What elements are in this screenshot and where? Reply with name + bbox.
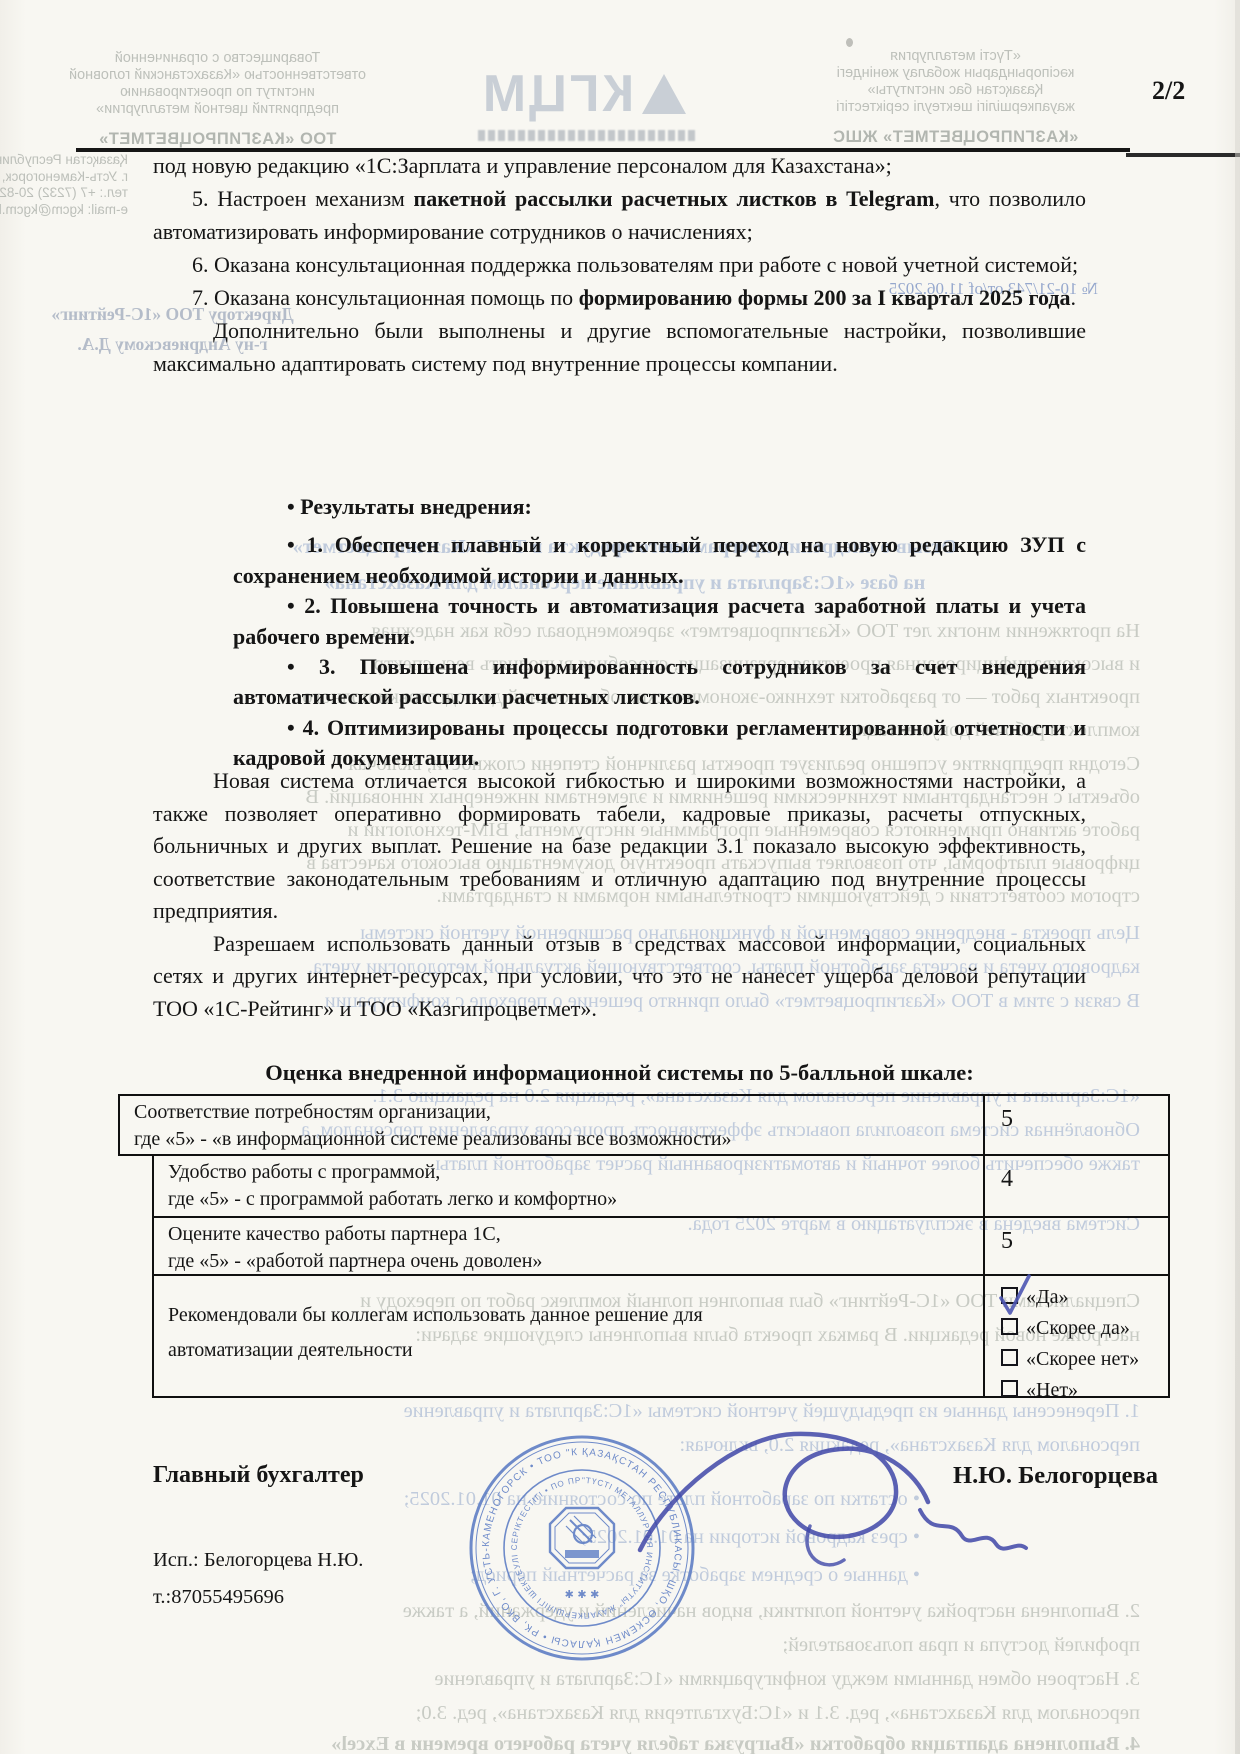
ghost-company-logo: КГЦМ xyxy=(468,64,698,124)
checkbox-option-rather-no: «Скорее нет» xyxy=(1001,1344,1168,1375)
checkbox-checked xyxy=(1001,1287,1018,1304)
score-value: 5 xyxy=(983,1218,1168,1274)
paragraph-new-system: Новая система отличается высокой гибкост… xyxy=(153,765,1086,928)
criterion-hint: где «5» - «работой партнера очень доволе… xyxy=(168,1248,975,1275)
executor-line: Исп.: Белогорцева Н.Ю. xyxy=(153,1549,363,1572)
checkbox-option-yes: «Да» xyxy=(1001,1282,1168,1313)
logo-triangle-icon xyxy=(642,74,686,114)
ghost-text-line: институт по проектированию xyxy=(60,84,375,101)
evaluation-table: Соответствие потребностям организации, г… xyxy=(118,1094,1170,1398)
page-number: 2/2 xyxy=(1152,76,1185,106)
ghost-text-line: Қазақстан Республикасы, 070018 xyxy=(0,152,128,169)
ghost-line: 3. Настроен обмен данными между конфигур… xyxy=(95,1668,1140,1691)
results-section: Результаты внедрения: 1. Обеспечен плавн… xyxy=(233,492,1086,774)
ghost-text-line: Қазақстан бас институты» xyxy=(798,82,1113,99)
list-item-5: 5. Настроен механизм пакетной рассылки р… xyxy=(153,182,1086,248)
paragraph-permission: Разрешаем использовать данный отзыв в ср… xyxy=(153,928,1086,1026)
scan-edge-shadow xyxy=(1235,0,1240,1754)
result-item: 1. Обеспечен плавный и корректный перехо… xyxy=(233,530,1086,591)
ghost-text-line: предприятий цветной металлургии» xyxy=(60,101,375,118)
evaluation-heading: Оценка внедренной информационной системы… xyxy=(153,1060,1086,1086)
stamp-stars: ✱ ✱ ✱ xyxy=(565,1588,600,1601)
logo-text: КГЦМ xyxy=(480,64,635,124)
ghost-logo-caption-band xyxy=(478,130,696,141)
criterion-text: Соответствие потребностям организации, xyxy=(134,1099,975,1126)
ghost-text-line: ответственностью «Казахстанский головной xyxy=(60,67,375,84)
signatory-title: Главный бухгалтер xyxy=(153,1462,364,1489)
scanned-document-page: Товарищество с ограниченной ответственно… xyxy=(0,0,1240,1754)
ghost-org-name: ТОО «КАЗГИПРОЦВЕТМЕТ» xyxy=(60,131,375,148)
ghost-text-line: «Түсті металлургия xyxy=(798,48,1113,65)
scan-artifact-dot xyxy=(846,38,853,47)
body-text-top: под новую редакцию «1С:Зарплата и управл… xyxy=(153,149,1086,380)
ghost-address-block: Қазақстан Республикасы, 070018 г. Усть-К… xyxy=(0,152,128,218)
paragraph-continuation: под новую редакцию «1С:Зарплата и управл… xyxy=(153,149,1086,182)
criterion-text: Рекомендовали бы коллегам использовать д… xyxy=(168,1298,975,1333)
checkbox-unchecked xyxy=(1001,1349,1018,1366)
result-item: 2. Повышена точность и автоматизация рас… xyxy=(233,591,1086,652)
result-item: 3. Повышена информированность сотруднико… xyxy=(233,652,1086,713)
ghost-letterhead-right: «Түсті металлургия кәсіпорындарын жобала… xyxy=(798,48,1113,146)
header-rule-offset xyxy=(1126,153,1240,157)
ghost-org-name: «КАЗГИПРОЦВЕТМЕТ» ЖШС xyxy=(798,129,1113,146)
score-value: 5 xyxy=(983,1096,1168,1154)
ghost-text-line: кәсіпорындарын жобалау жөніндегі xyxy=(798,65,1113,82)
ghost-letterhead-left: Товарищество с ограниченной ответственно… xyxy=(60,50,375,148)
list-item-6: 6. Оказана консультационная поддержка по… xyxy=(153,248,1086,281)
checkbox-option-rather-yes: «Скорее да» xyxy=(1001,1313,1168,1344)
ghost-line: персоналом для Казахстана», ред. 3.1 и «… xyxy=(95,1702,1140,1725)
criterion-text: автоматизации деятельности xyxy=(168,1333,975,1368)
results-heading: Результаты внедрения: xyxy=(233,492,1086,522)
ghost-text-line: Товарищество с ограниченной xyxy=(60,50,375,67)
paragraph-additional: Дополнительно были выполнены и другие вс… xyxy=(153,314,1086,380)
criterion-hint: где «5» - с программой работать легко и … xyxy=(168,1186,975,1213)
score-value: 4 xyxy=(983,1156,1168,1216)
ghost-text-line: г. Усть-Каменогорск, пр. Шакарима, 156 xyxy=(0,169,128,186)
criterion-hint: где «5» - «в информационной системе реал… xyxy=(134,1126,975,1153)
table-row: Оцените качество работы партнера 1С, где… xyxy=(152,1216,1170,1276)
ghost-text-line: тел.: +7 (7232) 20-82-23 xyxy=(0,185,128,202)
checkbox-unchecked xyxy=(1001,1318,1018,1335)
table-row: Соответствие потребностям организации, г… xyxy=(118,1094,1170,1156)
criterion-text: Оцените качество работы партнера 1С, xyxy=(168,1221,975,1248)
table-row-recommend: Рекомендовали бы коллегам использовать д… xyxy=(152,1274,1170,1398)
list-item-7: 7. Оказана консультационная помощь по фо… xyxy=(153,281,1086,314)
ghost-text-line: жауапкершілігі шектеулі серіктестігі xyxy=(798,99,1113,116)
handwritten-signature xyxy=(598,1398,1038,1588)
closing-paragraphs: Новая система отличается высокой гибкост… xyxy=(153,765,1086,1025)
phone-line: т.:87055495696 xyxy=(153,1586,284,1609)
criterion-text: Удобство работы с программой, xyxy=(168,1159,975,1186)
checkbox-unchecked xyxy=(1001,1380,1018,1397)
table-row: Удобство работы с программой, где «5» - … xyxy=(152,1154,1170,1218)
ghost-text-line: e-mail: kgcm@kgcm.kz, www.kgcm.kz xyxy=(0,202,128,219)
ghost-line: 4. Выполнена адаптация обработки «Выгруз… xyxy=(95,1733,1140,1754)
